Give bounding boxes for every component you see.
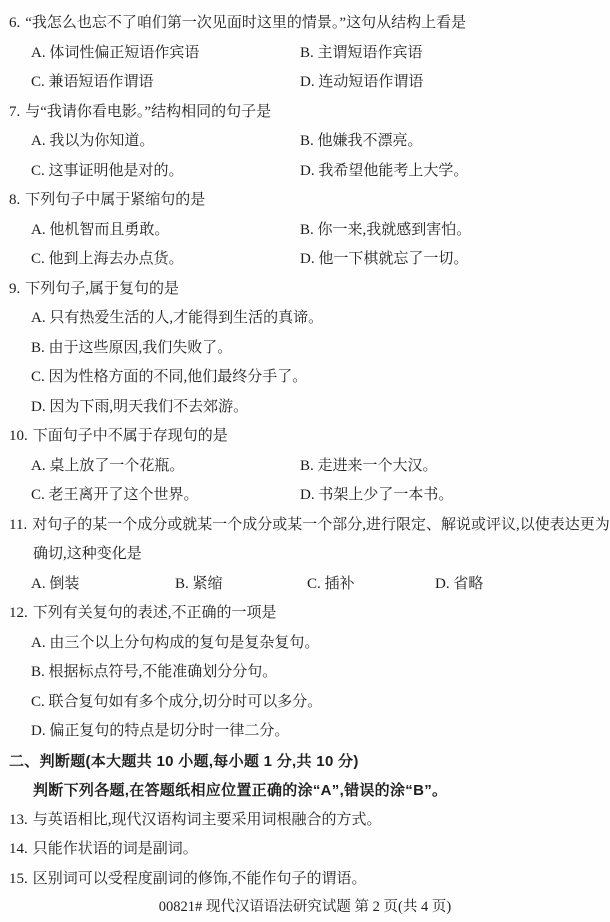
question-8-stem: 8.下列句子中属于紧缩句的是 xyxy=(0,186,610,216)
question-7-option-b: B. 他嫌我不漂亮。 xyxy=(300,133,423,149)
question-13: 13.与英语相比,现代汉语构词主要采用词根融合的方式。 xyxy=(0,806,610,836)
question-8-options-row-1: A. 他机智而且勇敢。B. 你一来,我就感到害怕。 xyxy=(0,216,610,246)
question-13-text: 与英语相比,现代汉语构词主要采用词根融合的方式。 xyxy=(33,812,382,828)
question-11-number: 11. xyxy=(9,517,27,533)
question-7-option-a: A. 我以为你知道。 xyxy=(31,127,300,157)
question-6-option-d: D. 连动短语作谓语 xyxy=(300,74,423,90)
question-8-stem-text: 下列句子中属于紧缩句的是 xyxy=(25,192,205,208)
question-9-stem: 9.下列句子,属于复句的是 xyxy=(0,275,610,305)
question-11-options-row: A. 倒装B. 紧缩C. 插补D. 省略 xyxy=(0,570,610,600)
question-13-number: 13. xyxy=(9,812,28,828)
section-2-instruction: 判断下列各题,在答题纸相应位置正确的涂“A”,错误的涂“B”。 xyxy=(0,776,610,806)
question-9-number: 9. xyxy=(9,281,20,297)
question-8-option-b: B. 你一来,我就感到害怕。 xyxy=(300,222,471,238)
section-2-heading: 二、判断题(本大题共 10 小题,每小题 1 分,共 10 分) xyxy=(0,747,610,777)
question-15-text: 区别词可以受程度副词的修饰,不能作句子的谓语。 xyxy=(33,871,367,887)
question-8-option-a: A. 他机智而且勇敢。 xyxy=(31,216,300,246)
question-12-stem-text: 下列有关复句的表述,不正确的一项是 xyxy=(33,605,277,621)
question-12-option-d: D. 偏正复句的特点是切分时一律二分。 xyxy=(0,717,610,747)
question-6-options-row-2: C. 兼语短语作谓语D. 连动短语作谓语 xyxy=(0,68,610,98)
question-8-options-row-2: C. 他到上海去办点货。D. 他一下棋就忘了一切。 xyxy=(0,245,610,275)
question-7-option-d: D. 我希望他能考上大学。 xyxy=(300,163,468,179)
question-6-stem: 6.“我怎么也忘不了咱们第一次见面时这里的情景。”这句从结构上看是 xyxy=(0,9,610,39)
question-6-option-b: B. 主谓短语作宾语 xyxy=(300,45,423,61)
question-10-number: 10. xyxy=(9,428,28,444)
question-10-options-row-2: C. 老王离开了这个世界。D. 书架上少了一本书。 xyxy=(0,481,610,511)
question-10-stem: 10.下面句子中不属于存现句的是 xyxy=(0,422,610,452)
question-11-stem-line-1: 11.对句子的某一个成分或就某一个成分或某一个部分,进行限定、解说或评议,以使表… xyxy=(0,511,610,541)
question-6-number: 6. xyxy=(9,15,20,31)
question-6-stem-text: “我怎么也忘不了咱们第一次见面时这里的情景。”这句从结构上看是 xyxy=(25,15,466,31)
question-11-option-c: C. 插补 xyxy=(307,570,435,600)
question-12-option-a: A. 由三个以上分句构成的复句是复杂复句。 xyxy=(0,629,610,659)
question-8-option-d: D. 他一下棋就忘了一切。 xyxy=(300,251,468,267)
exam-document-page: 6.“我怎么也忘不了咱们第一次见面时这里的情景。”这句从结构上看是 A. 体词性… xyxy=(0,0,610,922)
question-8-option-c: C. 他到上海去办点货。 xyxy=(31,245,300,275)
question-12-option-b: B. 根据标点符号,不能准确划分分句。 xyxy=(0,658,610,688)
question-7-option-c: C. 这事证明他是对的。 xyxy=(31,157,300,187)
question-11-stem-line-2: 确切,这种变化是 xyxy=(0,540,610,570)
question-7-options-row-2: C. 这事证明他是对的。D. 我希望他能考上大学。 xyxy=(0,157,610,187)
question-10-stem-text: 下面句子中不属于存现句的是 xyxy=(33,428,228,444)
question-10-option-c: C. 老王离开了这个世界。 xyxy=(31,481,300,511)
question-10-option-a: A. 桌上放了一个花瓶。 xyxy=(31,452,300,482)
question-10-options-row-1: A. 桌上放了一个花瓶。B. 走进来一个大汉。 xyxy=(0,452,610,482)
question-15: 15.区别词可以受程度副词的修饰,不能作句子的谓语。 xyxy=(0,865,610,895)
question-8-number: 8. xyxy=(9,192,20,208)
question-12-number: 12. xyxy=(9,605,28,621)
question-6-options-row-1: A. 体词性偏正短语作宾语B. 主谓短语作宾语 xyxy=(0,39,610,69)
question-12-option-c: C. 联合复句如有多个成分,切分时可以多分。 xyxy=(0,688,610,718)
question-14-text: 只能作状语的词是副词。 xyxy=(33,841,198,857)
question-11-stem-text-1: 对句子的某一个成分或就某一个成分或某一个部分,进行限定、解说或评议,以使表达更为 xyxy=(32,517,610,533)
question-10-option-d: D. 书架上少了一本书。 xyxy=(300,487,453,503)
question-7-stem: 7.与“我请你看电影。”结构相同的句子是 xyxy=(0,98,610,128)
question-10-option-b: B. 走进来一个大汉。 xyxy=(300,458,438,474)
question-11-option-b: B. 紧缩 xyxy=(175,570,307,600)
page-footer: 00821# 现代汉语语法研究试题 第 2 页(共 4 页) xyxy=(0,894,610,920)
question-9-stem-text: 下列句子,属于复句的是 xyxy=(25,281,179,297)
question-12-stem: 12.下列有关复句的表述,不正确的一项是 xyxy=(0,599,610,629)
question-6-option-c: C. 兼语短语作谓语 xyxy=(31,68,300,98)
question-11-option-d: D. 省略 xyxy=(435,576,483,592)
question-15-number: 15. xyxy=(9,871,28,887)
question-9-option-b: B. 由于这些原因,我们失败了。 xyxy=(0,334,610,364)
question-9-option-a: A. 只有热爱生活的人,才能得到生活的真谛。 xyxy=(0,304,610,334)
question-7-options-row-1: A. 我以为你知道。B. 他嫌我不漂亮。 xyxy=(0,127,610,157)
question-11-option-a: A. 倒装 xyxy=(31,570,175,600)
question-14: 14.只能作状语的词是副词。 xyxy=(0,835,610,865)
question-9-option-d: D. 因为下雨,明天我们不去郊游。 xyxy=(0,393,610,423)
question-7-number: 7. xyxy=(9,104,20,120)
question-14-number: 14. xyxy=(9,841,28,857)
question-6-option-a: A. 体词性偏正短语作宾语 xyxy=(31,39,300,69)
question-7-stem-text: 与“我请你看电影。”结构相同的句子是 xyxy=(25,104,271,120)
question-9-option-c: C. 因为性格方面的不同,他们最终分手了。 xyxy=(0,363,610,393)
